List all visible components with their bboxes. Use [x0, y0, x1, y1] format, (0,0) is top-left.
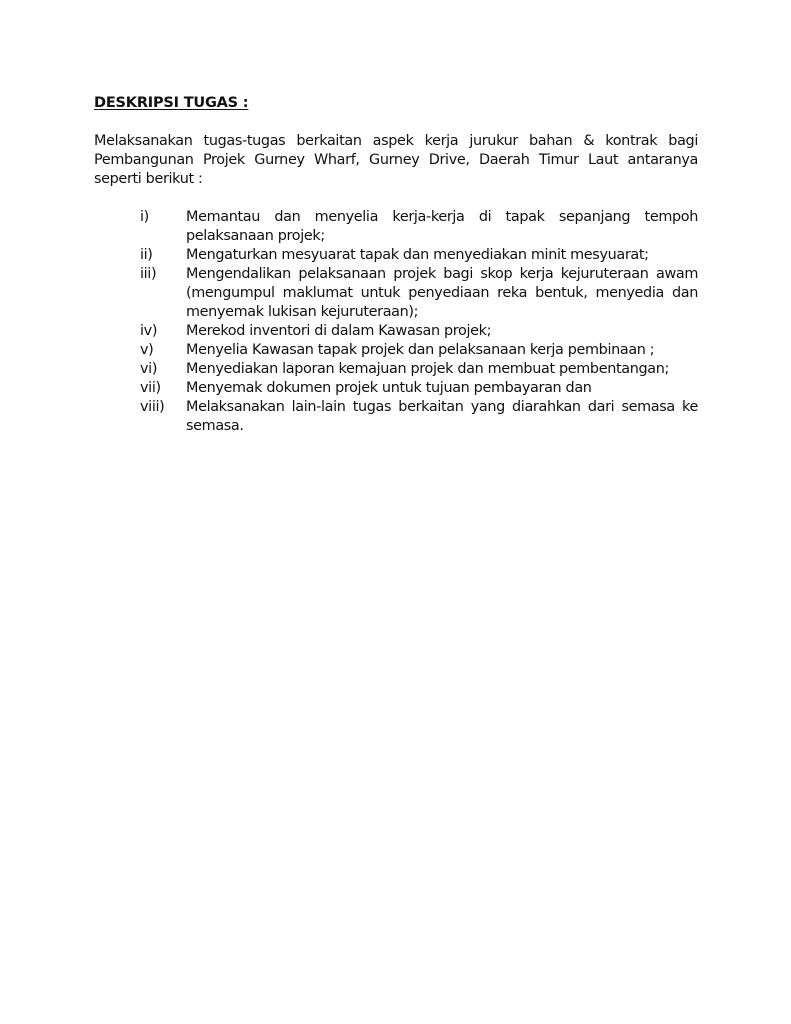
- list-item: iv) Merekod inventori di dalam Kawasan p…: [94, 322, 698, 341]
- list-item: vii) Menyemak dokumen projek untuk tujua…: [94, 379, 698, 398]
- list-item-number: viii): [94, 398, 186, 436]
- list-item-number: v): [94, 341, 186, 360]
- list-item-text: Melaksanakan lain-lain tugas berkaitan y…: [186, 398, 698, 436]
- section-heading: DESKRIPSI TUGAS :: [94, 94, 698, 113]
- list-item: vi) Menyediakan laporan kemajuan projek …: [94, 360, 698, 379]
- list-item-number: iv): [94, 322, 186, 341]
- list-item-text: Menyemak dokumen projek untuk tujuan pem…: [186, 379, 698, 398]
- list-item-number: iii): [94, 265, 186, 322]
- list-item: i) Memantau dan menyelia kerja-kerja di …: [94, 208, 698, 246]
- list-item: ii) Mengaturkan mesyuarat tapak dan meny…: [94, 246, 698, 265]
- list-item-number: ii): [94, 246, 186, 265]
- list-item-text: Mengaturkan mesyuarat tapak dan menyedia…: [186, 246, 698, 265]
- list-item-number: vi): [94, 360, 186, 379]
- list-item-text: Memantau dan menyelia kerja-kerja di tap…: [186, 208, 698, 246]
- list-item-text: Menyelia Kawasan tapak projek dan pelaks…: [186, 341, 698, 360]
- intro-paragraph: Melaksanakan tugas-tugas berkaitan aspek…: [94, 132, 698, 189]
- list-item-text: Merekod inventori di dalam Kawasan proje…: [186, 322, 698, 341]
- list-item-number: vii): [94, 379, 186, 398]
- list-item: v) Menyelia Kawasan tapak projek dan pel…: [94, 341, 698, 360]
- document-page: DESKRIPSI TUGAS : Melaksanakan tugas-tug…: [94, 94, 698, 436]
- list-item-text: Mengendalikan pelaksanaan projek bagi sk…: [186, 265, 698, 322]
- list-item: viii) Melaksanakan lain-lain tugas berka…: [94, 398, 698, 436]
- task-list: i) Memantau dan menyelia kerja-kerja di …: [94, 208, 698, 436]
- list-item: iii) Mengendalikan pelaksanaan projek ba…: [94, 265, 698, 322]
- list-item-number: i): [94, 208, 186, 246]
- list-item-text: Menyediakan laporan kemajuan projek dan …: [186, 360, 698, 379]
